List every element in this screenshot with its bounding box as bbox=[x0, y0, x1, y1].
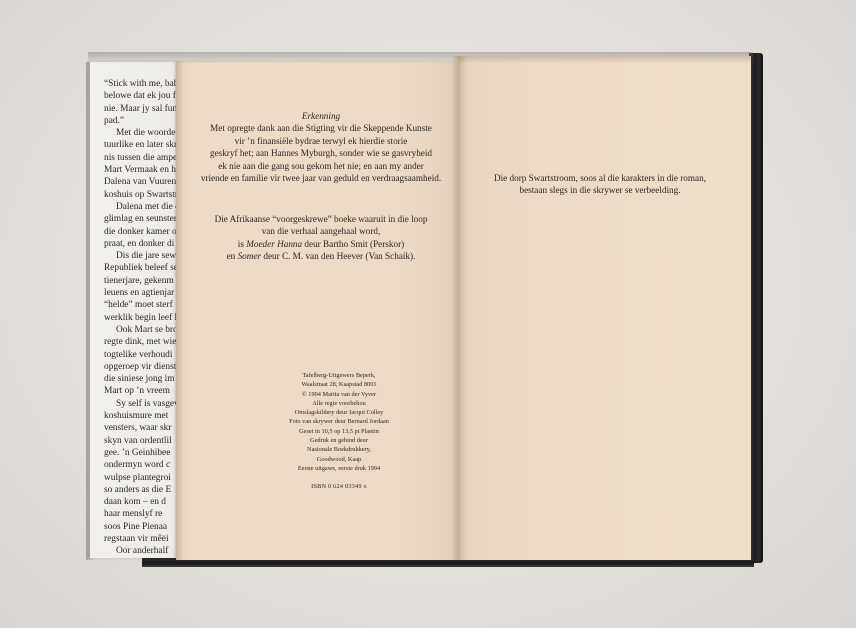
previous-page-line: Met die woorde l bbox=[104, 127, 186, 139]
quoted-books-line: is Moeder Hanna deur Bartho Smit (Persko… bbox=[190, 238, 452, 250]
imprint-line: Waalstraat 28, Kaapstad 8001 bbox=[262, 380, 416, 389]
imprint-line: Geset in 10,5 op 13,5 pt Plantin bbox=[262, 427, 416, 436]
book-gutter bbox=[452, 56, 466, 560]
imprint-line: Omslagskildery deur Jacqui Colley bbox=[262, 408, 416, 417]
previous-page-line: Republiek beleef se bbox=[104, 262, 186, 274]
right-page bbox=[458, 56, 751, 560]
acknowledgement-line: vir ’n finansiële bydrae terwyl ek hierd… bbox=[190, 135, 452, 147]
quoted-books-line: en Somer deur C. M. van den Heever (Van … bbox=[190, 250, 452, 262]
previous-page-line: belowe dat ek jou fa bbox=[104, 90, 186, 102]
disclaimer-line: Die dorp Swartstroom, soos al die karakt… bbox=[470, 172, 730, 184]
previous-page-line: praat, en donker di bbox=[104, 238, 186, 250]
previous-page-line: haar menslyf re bbox=[104, 508, 186, 520]
previous-page-line: Dalena van Vuuren bbox=[104, 176, 186, 188]
text-suffix: deur Bartho Smit (Perskor) bbox=[302, 239, 404, 249]
imprint-line: Gedruk en gebind deur bbox=[262, 436, 416, 445]
imprint-line: Foto van skrywer deur Bernard Jordaan bbox=[262, 417, 416, 426]
previous-page-partial: “Stick with me, babybelowe dat ek jou fa… bbox=[90, 62, 186, 558]
quoted-books-section: Die Afrikaanse “voorgeskrewe” boeke waar… bbox=[190, 213, 452, 263]
previous-page-line: Dis die jare sewe bbox=[104, 250, 186, 262]
previous-page-line: “helde” moet sterf bbox=[104, 299, 186, 311]
imprint-line: Nasionale Boekdrukkery, bbox=[262, 445, 416, 454]
isbn: ISBN 0 624 03349 x bbox=[262, 482, 416, 491]
previous-page-line: glimlag en seunster bbox=[104, 213, 186, 225]
fiction-disclaimer: Die dorp Swartstroom, soos al die karakt… bbox=[470, 172, 730, 197]
previous-page-line: regte dink, met wie bbox=[104, 336, 186, 348]
previous-page-line: regstaan vir mêei bbox=[104, 533, 186, 545]
imprint-line: Alle regte voorbehou bbox=[262, 399, 416, 408]
previous-page-line: Oor anderhalf bbox=[104, 545, 186, 557]
text-suffix: deur C. M. van den Heever (Van Schaik). bbox=[261, 251, 415, 261]
previous-page-line: tuurlike en later skr bbox=[104, 139, 186, 151]
acknowledgement-line: vriende en familie vir twee jaar van ged… bbox=[190, 172, 452, 184]
previous-page-line: werklik begin leef l bbox=[104, 312, 186, 324]
previous-page-text: “Stick with me, babybelowe dat ek jou fa… bbox=[104, 78, 186, 558]
quoted-books-line: Die Afrikaanse “voorgeskrewe” boeke waar… bbox=[190, 213, 452, 225]
previous-page-line: Sy self is vasgev bbox=[104, 398, 186, 410]
top-edge-shadow bbox=[88, 52, 753, 64]
page-folio: — bbox=[161, 534, 167, 539]
imprint-line: Tafelberg-Uitgewers Beperk, bbox=[262, 371, 416, 380]
previous-page-line: leuens en agtienjar bbox=[104, 287, 186, 299]
text-prefix: en bbox=[227, 251, 238, 261]
text-prefix: is bbox=[238, 239, 246, 249]
previous-page-line: tienerjare, gekenm bbox=[104, 275, 186, 287]
previous-page-line: die siniese jong im bbox=[104, 373, 186, 385]
previous-page-line: skyn van ordentlil bbox=[104, 435, 186, 447]
previous-page-line: vensters, waar skr bbox=[104, 422, 186, 434]
previous-page-line: ondermyn word c bbox=[104, 459, 186, 471]
previous-page-line: die donker kamer o bbox=[104, 226, 186, 238]
previous-page-line: soos Pine Pienaa bbox=[104, 521, 186, 533]
previous-page-line: “Stick with me, baby bbox=[104, 78, 186, 90]
acknowledgement-section: Erkenning Met opregte dank aan die Stigt… bbox=[190, 110, 452, 184]
disclaimer-line: bestaan slegs in die skrywer se verbeeld… bbox=[470, 184, 730, 196]
acknowledgement-line: geskryf het; aan Hannes Myburgh, sonder … bbox=[190, 147, 452, 159]
previous-page-line: Dalena met die c bbox=[104, 201, 186, 213]
previous-page-line: wulpse plantegroi bbox=[104, 472, 186, 484]
book-title-somer: Somer bbox=[238, 251, 261, 261]
imprint-line: Eerste uitgawe, eerste druk 1994 bbox=[262, 464, 416, 473]
quoted-books-line: van die verhaal aangehaal word, bbox=[190, 225, 452, 237]
imprint-line: Goodwood, Kaap bbox=[262, 455, 416, 464]
imprint-section: Tafelberg-Uitgewers Beperk, Waalstraat 2… bbox=[262, 371, 416, 492]
previous-page-line: nis tussen die ampe bbox=[104, 152, 186, 164]
book-cover-edge-right bbox=[749, 53, 763, 563]
previous-page-line: nie. Maar jy sal fun bbox=[104, 103, 186, 115]
previous-page-line: togtelike verhoudi bbox=[104, 349, 186, 361]
previous-page-line: so anders as die E bbox=[104, 484, 186, 496]
acknowledgement-line: Met opregte dank aan die Stigting vir di… bbox=[190, 122, 452, 134]
acknowledgement-heading: Erkenning bbox=[190, 110, 452, 122]
book-title-moeder-hanna: Moeder Hanna bbox=[246, 239, 302, 249]
imprint-line: © 1994 Marita van der Vyver bbox=[262, 390, 416, 399]
previous-page-line: opgeroep vir dienst bbox=[104, 361, 186, 373]
previous-page-line: gee. ’n Geinhibee bbox=[104, 447, 186, 459]
previous-page-line: Mart op ’n vreem bbox=[104, 385, 186, 397]
left-page-fold-shadow bbox=[176, 62, 184, 560]
previous-page-line: koshuis op Swartstr bbox=[104, 189, 186, 201]
acknowledgement-line: ek nie aan die gang sou gekom het nie; e… bbox=[190, 160, 452, 172]
previous-page-line: koshuismure met bbox=[104, 410, 186, 422]
previous-page-line: Ook Mart se bro bbox=[104, 324, 186, 336]
previous-page-line: daan kom – en d bbox=[104, 496, 186, 508]
previous-page-line: pad.” bbox=[104, 115, 186, 127]
previous-page-line: Mart Vermaak en h bbox=[104, 164, 186, 176]
